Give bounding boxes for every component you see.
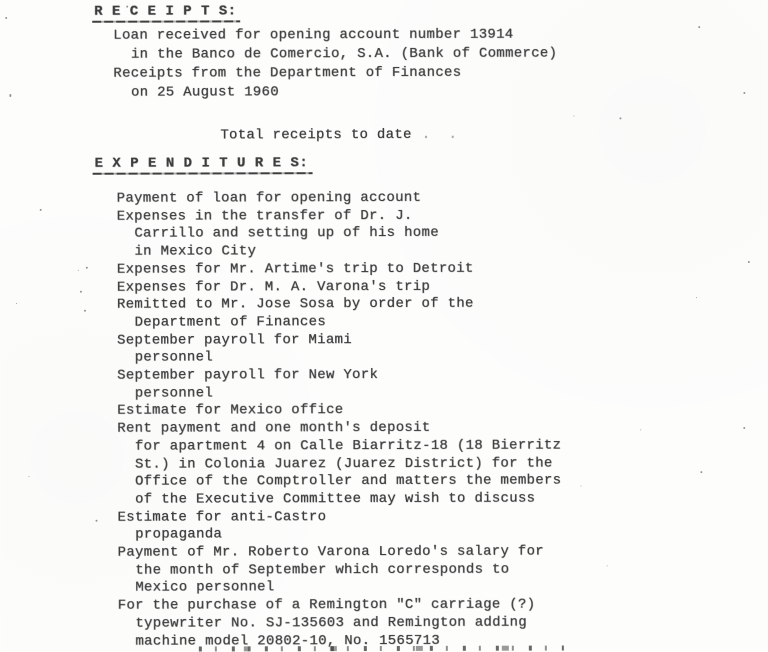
text-line: For the purchase of a Remington "C" carr… [118,597,562,616]
text-line: September payroll for New York [117,367,561,386]
text-line: Mexico personnel [118,579,562,598]
scan-noise [580,485,581,486]
scan-noise [9,94,11,97]
text-line: Estimate for Mexico office [117,402,561,421]
scan-noise [698,26,700,28]
scan-noise [80,291,82,293]
text-line: typewriter No. SJ-135603 and Remington a… [118,614,562,633]
scan-noise [78,270,79,271]
text-line: Payment of Mr. Roberto Varona Loredo's s… [118,544,562,563]
scan-noise [84,310,86,312]
scanned-document-page: R E C E I P T S: Loan received for openi… [0,0,768,652]
text-line: personnel [117,384,561,403]
total-receipts-label: Total receipts to date [220,127,411,144]
text-line: Rent payment and one month's deposit [117,420,561,439]
text-line: on 25 August 1960 [113,83,557,103]
text-line: Expenses for Dr. M. A. Varona's trip [117,278,561,297]
text-line: for apartment 4 on Calle Biarritz-18 (18… [117,437,561,456]
text-line: the month of September which corresponds… [118,561,562,580]
text-line: September payroll for Miami [117,331,561,350]
scan-noise [607,565,608,566]
scan-noise [619,117,621,119]
text-line: in the Banco de Comercio, S.A. (Bank of … [113,45,557,65]
scan-noise [5,17,7,19]
scan-noise [126,6,128,8]
scan-noise [748,261,750,263]
scan-noise [743,427,745,429]
expenditures-heading: E X P E N D I T U R E S: [95,155,309,174]
scan-noise [28,476,29,477]
faint-dot-marks: . . [412,127,462,143]
text-line: personnel [117,349,561,368]
cutoff-text-line [199,646,564,652]
text-line: Payment of loan for opening account [117,190,561,209]
text-line: Receipts from the Department of Finances [113,64,557,84]
text-line: in Mexico City [117,243,561,262]
receipts-heading: R E C E I P T S: [94,3,236,21]
text-line: Expenses for Mr. Artime's trip to Detroi… [117,260,561,279]
receipts-lines: Loan received for opening account number… [113,26,557,103]
scan-noise [743,92,745,94]
text-line: Carrillo and setting up of his home [117,225,561,244]
scan-noise [696,297,697,298]
scan-noise [16,303,17,304]
scan-noise [700,471,702,473]
scan-noise [40,209,42,211]
text-line: Estimate for anti-Castro [117,508,561,527]
scan-noise [86,267,88,269]
text-line: propaganda [118,526,562,545]
scan-noise [640,429,641,430]
text-line: Loan received for opening account number… [113,26,557,46]
text-line: St.) in Colonia Juarez (Juarez District)… [117,455,561,474]
text-line: Department of Finances [117,313,561,332]
text-line: Remitted to Mr. Jose Sosa by order of th… [117,296,561,315]
text-line: of the Executive Committee may wish to d… [117,490,561,509]
scan-noise [96,520,98,522]
text-line: Office of the Comptroller and matters th… [117,473,561,492]
total-receipts-line: Total receipts to date. . [185,111,462,160]
scan-noise [573,116,574,117]
text-line: Expenses in the transfer of Dr. J. [117,207,561,226]
expenditure-lines: Payment of loan for opening accountExpen… [117,190,562,651]
